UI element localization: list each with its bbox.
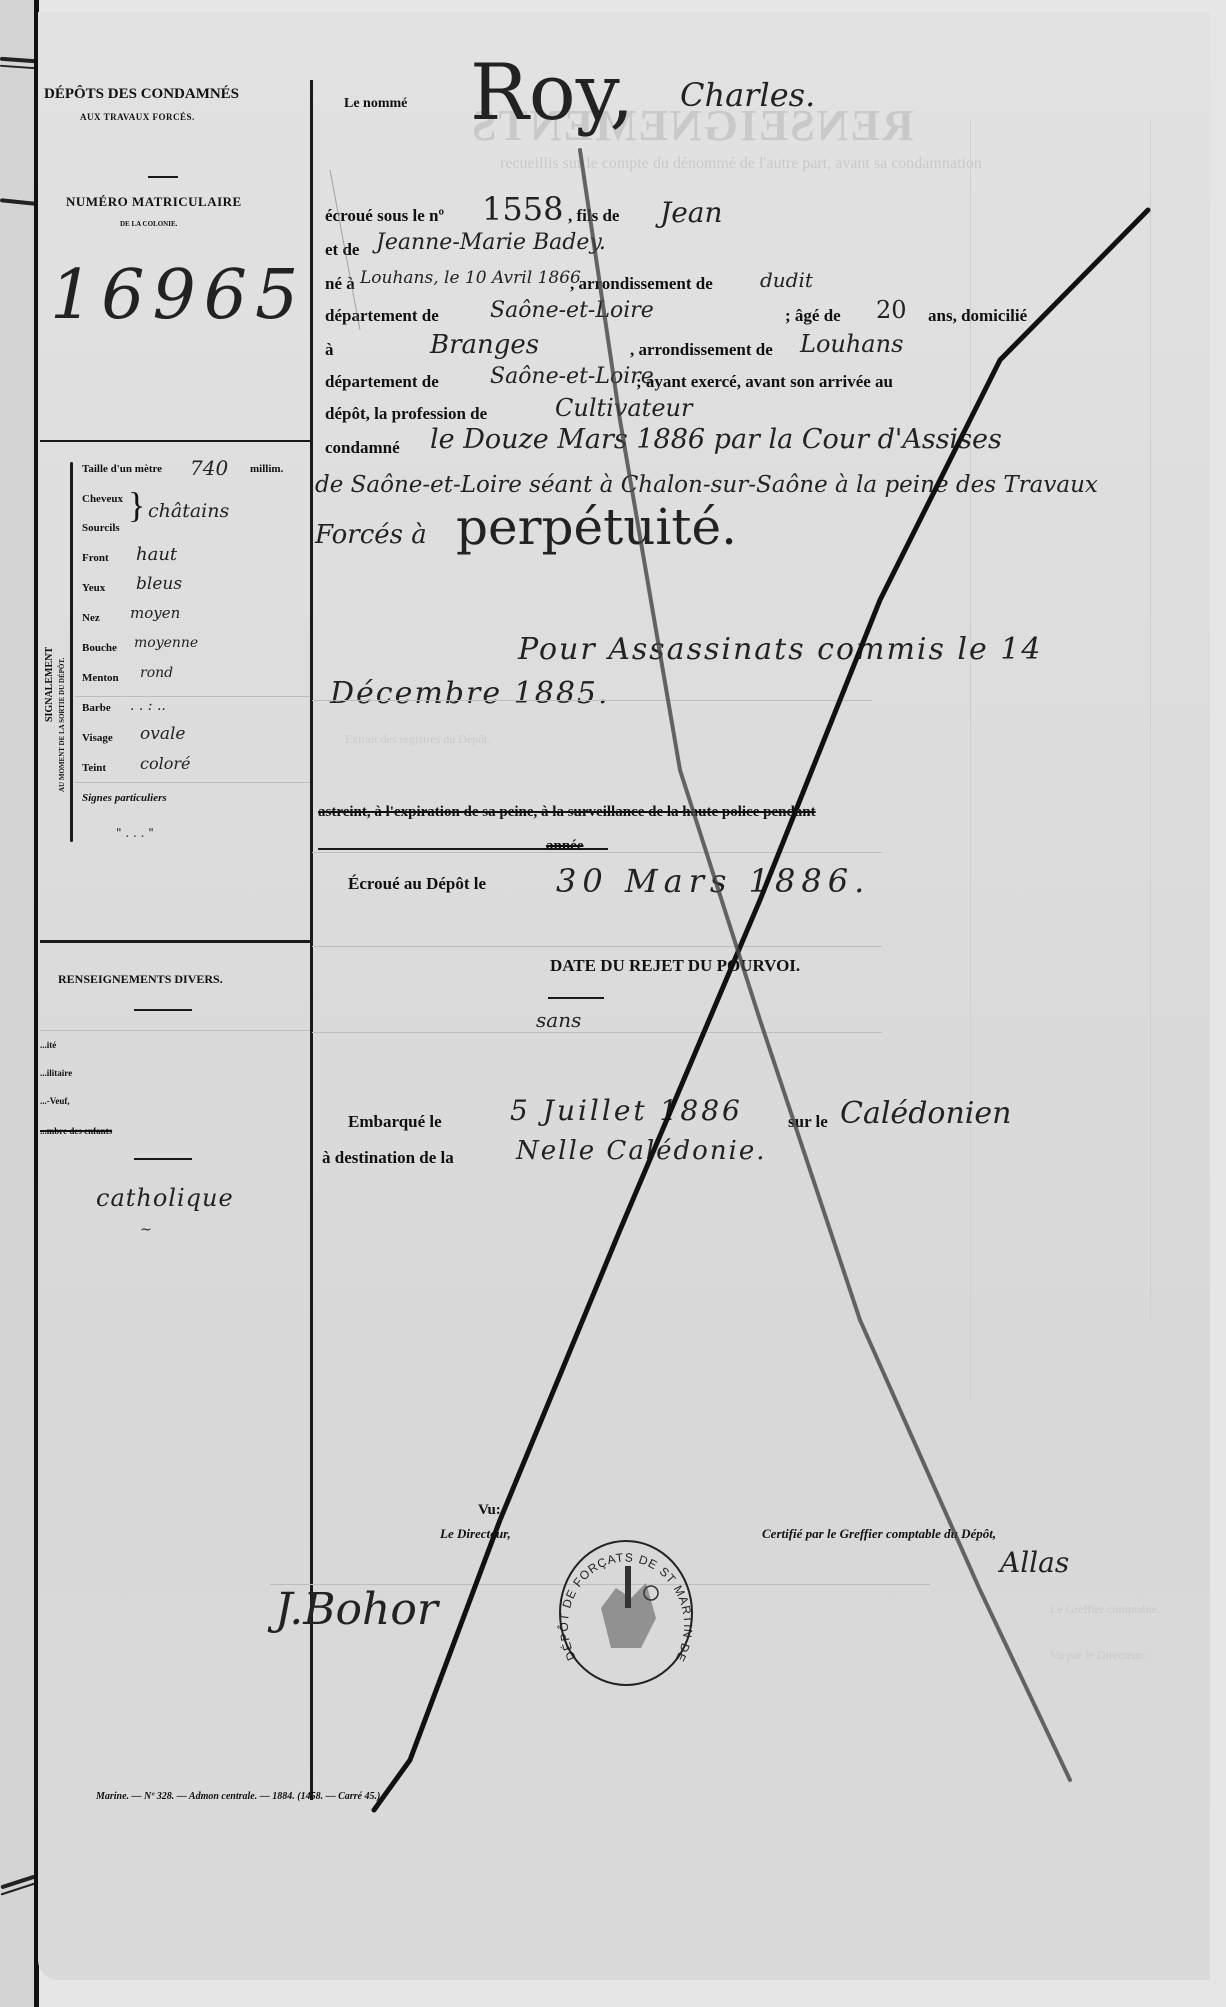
brace-icon: } [128, 484, 145, 526]
section-divider [40, 440, 310, 442]
bleed-through-greffier [80, 1602, 83, 1617]
birth-place-date: Louhans, le 10 Avril 1866 [360, 268, 581, 288]
religion-note: ~ [140, 1222, 152, 1238]
label-menton: Menton [82, 672, 119, 684]
arrondissement-value: dudit [760, 268, 813, 292]
vu-label: Vu: [478, 1502, 501, 1519]
et-de-label: et de [325, 240, 359, 260]
domicile-value: Branges [430, 330, 539, 360]
destination-label: à destination de la [322, 1148, 454, 1168]
surname: Roy, [470, 48, 634, 138]
value-nez: moyen [130, 604, 180, 622]
value-front: haut [136, 544, 177, 565]
nomme-label: Le nommé [344, 96, 407, 112]
directeur-label: Le Directeur, [440, 1526, 511, 1542]
renseignements-row-4: ...mbre des enfants [40, 1126, 112, 1136]
destination-value: Nelle Calédonie. [516, 1136, 767, 1166]
divider [134, 1009, 192, 1011]
stamp-icon: DÉPÔT DE FORÇATS DE ST MARTIN DE RÉ [556, 1538, 696, 1688]
mother-name: Jeanne-Marie Badey. [376, 230, 606, 255]
label-barbe: Barbe [82, 702, 111, 714]
depot-header: DÉPÔTS DES CONDAMNÉS [44, 86, 239, 103]
bleed-through-extrait: Extrait des registres du Dépôt. [345, 732, 491, 747]
departement-label: département de [325, 306, 439, 326]
divider [134, 1158, 192, 1160]
directeur-signature: J.Bohor [275, 1584, 438, 1635]
arrondissement-label: , arrondissement de [570, 274, 713, 294]
age-label: ; âgé de [785, 306, 841, 326]
label-yeux: Yeux [82, 582, 105, 594]
bleed-through-subheader: recueillis sur le compte du dénommé de l… [500, 155, 982, 173]
ecroue-depot-label: Écroué au Dépôt le [348, 874, 486, 894]
signalement-vertical-sublabel: AU MOMENT DE LA SORTIE DU DÉPÔT. [58, 658, 66, 792]
value-teint: coloré [140, 754, 190, 773]
ecroue-depot-date: 30 Mars 1886. [556, 862, 870, 900]
ne-label: né à [325, 274, 355, 294]
form-footer: Marine. — Nº 328. — Admon centrale. — 18… [96, 1791, 380, 1802]
greffier-signature: Allas [1000, 1546, 1069, 1579]
bleed-through-column-2 [1150, 120, 1151, 1320]
embarque-date: 5 Juillet 1886 [510, 1094, 743, 1127]
arrondissement2-label: , arrondissement de [630, 340, 773, 360]
rejet-pourvoi-title: DATE DU REJET DU POURVOI. [550, 956, 800, 976]
rejet-pourvoi-value: sans [536, 1008, 581, 1032]
sentence-line-2: de Saône-et-Loire séant à Chalon-sur-Saô… [315, 472, 1098, 498]
ship-label: sur le [788, 1112, 828, 1132]
faint-rule [312, 1032, 882, 1033]
profession-label: dépôt, la profession de [325, 404, 487, 424]
label-signes-particuliers: Signes particuliers [82, 792, 167, 804]
departement2-label: département de [325, 372, 439, 392]
sentence-line-1: le Douze Mars 1886 par la Cour d'Assises [430, 424, 1002, 455]
fils-label: , fils de [568, 206, 619, 226]
value-bouche: moyenne [134, 635, 198, 651]
label-front: Front [82, 552, 109, 564]
certifie-label: Certifié par le Greffier comptable du Dé… [762, 1526, 996, 1542]
value-taille: 740 [190, 456, 228, 480]
renseignements-row-2: ...ilitaire [40, 1068, 72, 1078]
departement2-value: Saône-et-Loire [490, 364, 654, 389]
value-visage: ovale [140, 724, 185, 744]
faint-rule [75, 696, 310, 697]
faint-rule [75, 782, 310, 783]
crime-line-1: Pour Assassinats commis le 14 [518, 632, 1043, 667]
section-divider [40, 940, 310, 943]
arrondissement2-value: Louhans [800, 330, 903, 358]
exerce-label: ; ayant exercé, avant son arrivée au [636, 372, 893, 392]
value-barbe: . . : .. [130, 698, 166, 714]
a-label: à [325, 340, 334, 360]
sentence-line-3b: perpétuité. [456, 498, 737, 556]
ecroue-number: 1558 [482, 190, 563, 228]
renseignements-title: RENSEIGNEMENTS DIVERS. [58, 972, 223, 987]
value-cheveux-sourcils: châtains [148, 500, 229, 522]
depot-subheader: AUX TRAVAUX FORCÉS. [80, 112, 195, 122]
label-taille: Taille d'un mètre [82, 463, 162, 475]
ecroue-label: écroué sous le nº [325, 206, 444, 226]
ans-domicilie-label: ans, domicilié [928, 306, 1027, 326]
religion-value: catholique [96, 1184, 234, 1212]
father-name: Jean [660, 196, 723, 229]
matricule-label: NUMÉRO MATRICULAIRE [66, 194, 242, 210]
bleed-through-vu: Vu par le Directeur : [1050, 1648, 1149, 1663]
matricule-number: 16965 [50, 256, 306, 335]
label-visage: Visage [82, 732, 113, 744]
departement-value: Saône-et-Loire [490, 298, 654, 323]
label-millim: millim. [250, 463, 283, 475]
sentence-line-3a: Forcés à [315, 520, 427, 550]
divider [148, 176, 178, 178]
signalement-bracket [70, 462, 73, 842]
age-value: 20 [876, 296, 907, 324]
divider [548, 997, 604, 999]
label-cheveux: Cheveux [82, 493, 123, 505]
faint-rule [312, 946, 882, 947]
value-menton: rond [140, 665, 173, 681]
condamne-label: condamné [325, 438, 400, 458]
label-sourcils: Sourcils [82, 522, 120, 534]
label-bouche: Bouche [82, 642, 117, 654]
faint-rule [40, 1030, 310, 1031]
label-nez: Nez [82, 612, 100, 624]
depot-stamp: DÉPÔT DE FORÇATS DE ST MARTIN DE RÉ [556, 1538, 696, 1688]
adjacent-page-edge [0, 0, 34, 2007]
faint-rule [312, 700, 872, 701]
renseignements-row-3: ...-Veuf, [40, 1096, 70, 1106]
column-divider [310, 80, 313, 1800]
first-name: Charles. [680, 76, 815, 114]
value-yeux: bleus [136, 574, 182, 594]
signalement-vertical-label: SIGNALEMENT [44, 647, 55, 722]
renseignements-row-1: ...ité [40, 1040, 56, 1050]
struck-surveillance-line: astreint, à l'expiration de sa peine, à … [318, 804, 816, 821]
profession-value: Cultivateur [555, 394, 692, 422]
ship-name: Calédonien [840, 1096, 1011, 1131]
faint-rule [312, 852, 882, 853]
crime-line-2: Décembre 1885. [330, 676, 610, 711]
value-signes-particuliers: " . . . " [116, 826, 154, 840]
embarque-label: Embarqué le [348, 1112, 442, 1132]
bleed-through-greffier-right: Le Greffier comptable. [1050, 1602, 1160, 1617]
label-teint: Teint [82, 762, 106, 774]
matricule-sublabel: DE LA COLONIE. [120, 220, 177, 228]
